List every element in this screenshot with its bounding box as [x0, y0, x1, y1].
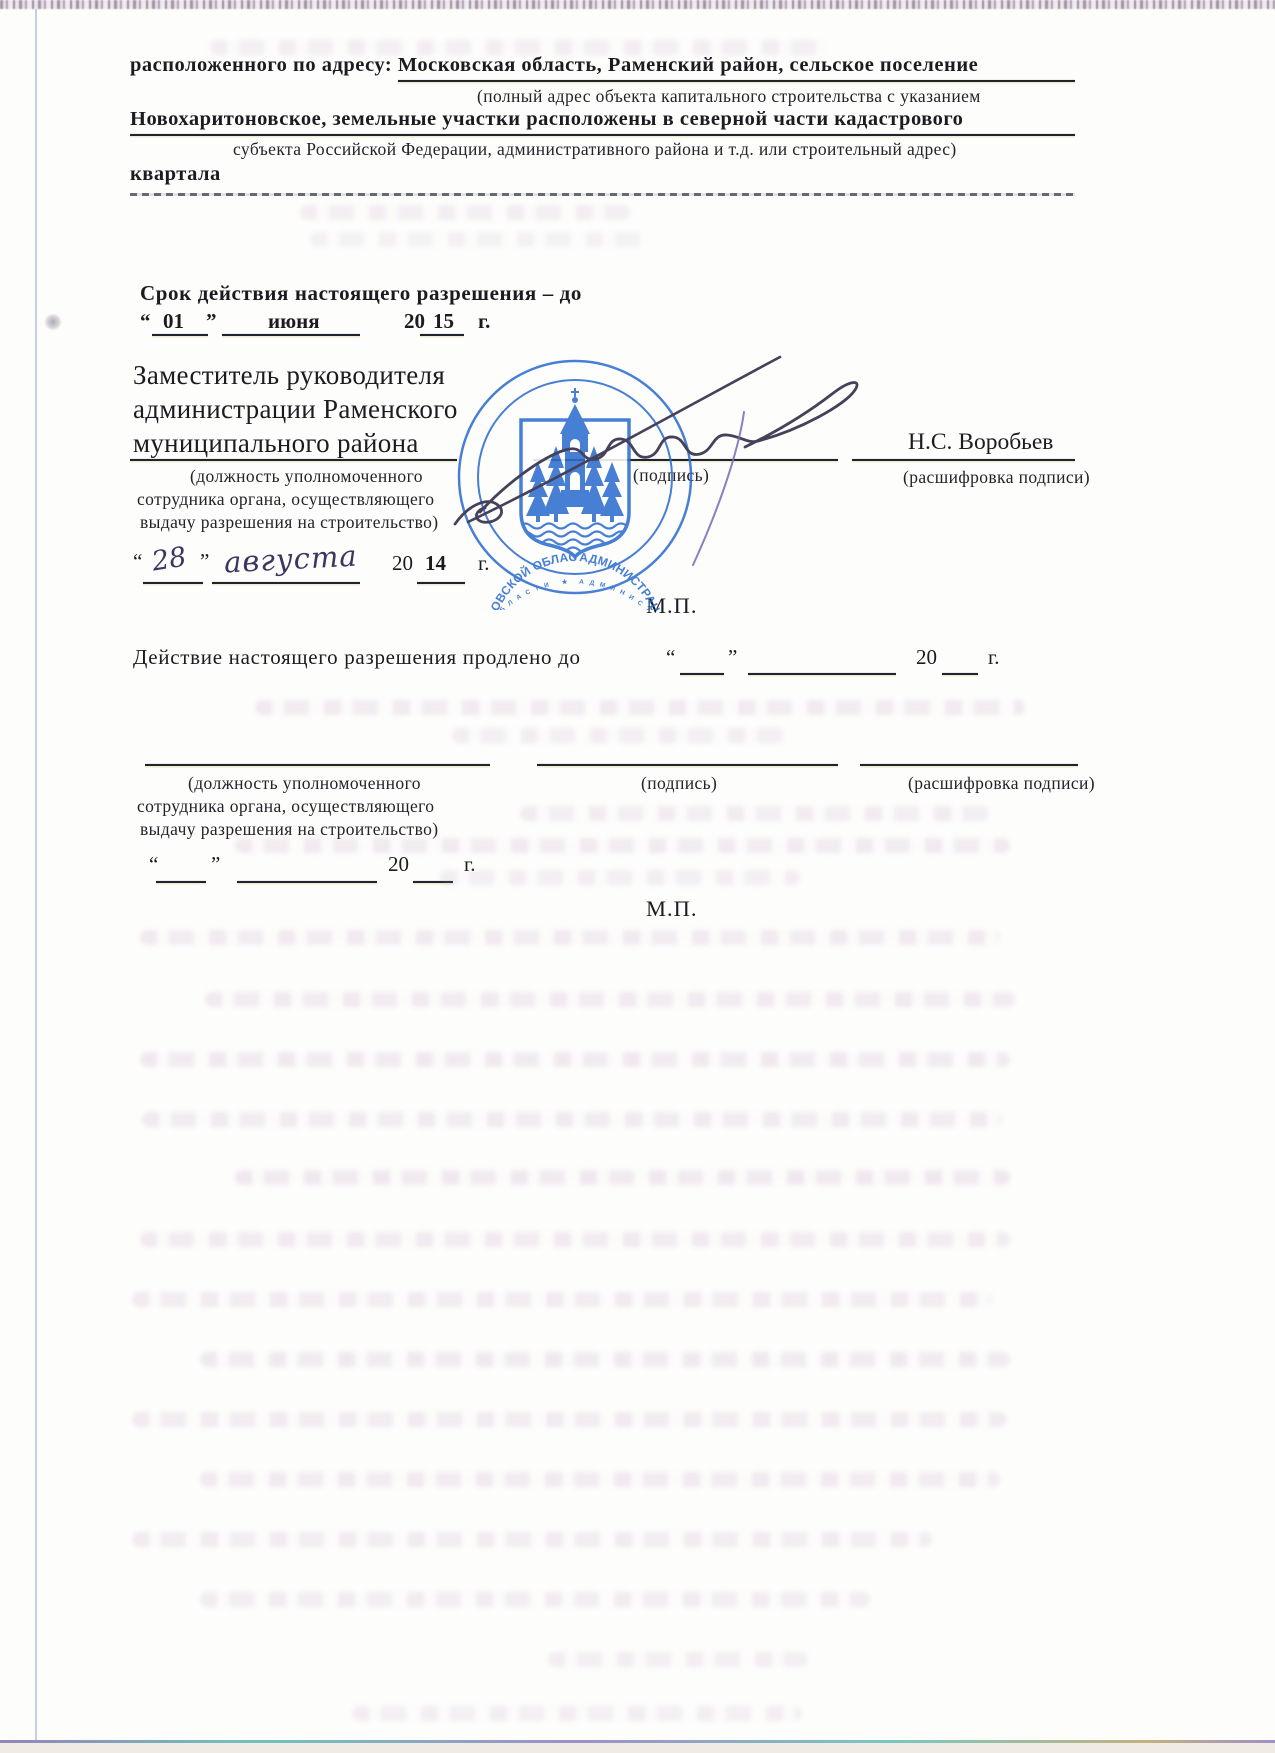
- extension-century: 20: [916, 645, 937, 669]
- issue-day-handwritten: 28: [150, 542, 189, 578]
- bleedthrough-text-ghost: [140, 930, 1000, 945]
- blank-date-day-line: [156, 881, 206, 883]
- validity-open-quote: “: [140, 309, 151, 333]
- bleedthrough-text-ghost: [200, 1472, 1000, 1487]
- extension-year-blank: [942, 673, 978, 675]
- name-line: [852, 459, 1075, 461]
- address-line-1: расположенного по адресу: Московская обл…: [130, 54, 978, 78]
- position-caption-2: сотрудника органа, осуществляющего: [137, 489, 434, 509]
- name-caption-2: (расшифровка подписи): [908, 773, 1095, 793]
- blank-date-open-quote: “: [149, 852, 158, 876]
- scan-artifact-bottom-band: [0, 1743, 1275, 1753]
- issue-month-handwritten: августа: [223, 540, 358, 580]
- extension-label: Действие настоящего разрешения продлено …: [133, 645, 581, 669]
- validity-month: июня: [268, 309, 320, 333]
- bleedthrough-text-ghost: [142, 1112, 1002, 1127]
- issue-year: 14: [425, 551, 446, 575]
- validity-label: Срок действия настоящего разрешения – до: [140, 281, 582, 305]
- address-line-2: Новохаритоновское, земельные участки рас…: [130, 108, 963, 132]
- position-line-2: [145, 764, 490, 766]
- name-caption: (расшифровка подписи): [903, 467, 1090, 487]
- bleedthrough-text-ghost: [440, 870, 800, 885]
- bleedthrough-text-ghost: [200, 1352, 1010, 1367]
- bleedthrough-text-ghost: [255, 700, 1025, 715]
- extension-year-suffix: г.: [988, 645, 1000, 669]
- signature-caption: (подпись): [633, 465, 709, 485]
- bleedthrough-text-ghost: [132, 1292, 992, 1307]
- validity-day-underline: [152, 334, 208, 336]
- validity-month-underline: [222, 334, 360, 336]
- position-caption-2-3: выдачу разрешения на строительство): [140, 819, 439, 839]
- issue-year-underline: [417, 582, 465, 584]
- signature-line: [533, 459, 838, 461]
- position-caption-1: (должность уполномоченного: [190, 466, 423, 486]
- water-waves-icon: [519, 524, 639, 553]
- bleedthrough-text-ghost: [140, 1232, 1010, 1247]
- official-position-line-2: администрации Раменского: [133, 394, 458, 425]
- extension-close-quote: ”: [728, 645, 737, 669]
- coat-of-arms-shield: [519, 388, 639, 557]
- name-line-2: [860, 764, 1078, 766]
- bleedthrough-text-ghost: [352, 1706, 802, 1721]
- bleedthrough-text-ghost: [310, 232, 650, 247]
- issue-year-suffix: г.: [478, 551, 490, 575]
- handwritten-signature: [455, 357, 857, 565]
- bleedthrough-text-ghost: [452, 728, 792, 743]
- address-line-3: квартала: [130, 163, 221, 187]
- validity-year-underline: [420, 334, 464, 336]
- church-tower-icon: [556, 388, 594, 507]
- extension-month-blank: [748, 673, 896, 675]
- address-hint-1: (полный адрес объекта капитального строи…: [477, 86, 981, 106]
- position-line: [130, 459, 457, 461]
- bleedthrough-text-ghost: [520, 806, 990, 821]
- extension-open-quote: “: [666, 645, 675, 669]
- bleedthrough-text-ghost: [235, 838, 1010, 853]
- official-position-line-1: Заместитель руководителя: [133, 360, 445, 391]
- bleedthrough-text-ghost: [140, 1052, 1010, 1067]
- address-underline-2: [130, 134, 1075, 136]
- issue-close-quote: ”: [200, 549, 209, 573]
- blank-date-close-quote: ”: [211, 852, 220, 876]
- scan-smudge: [44, 314, 62, 330]
- scan-artifact-top-edge: [0, 0, 1275, 9]
- issue-open-quote: “: [133, 549, 142, 573]
- scanned-document-page: расположенного по адресу: Московская обл…: [0, 0, 1275, 1753]
- validity-year-suffix: г.: [478, 309, 490, 333]
- validity-century: 20: [404, 309, 425, 333]
- bleedthrough-text-ghost: [132, 1532, 932, 1547]
- address-underline-1: [398, 80, 1075, 82]
- bleedthrough-text-ghost: [132, 1412, 1007, 1427]
- issue-day-underline: [143, 582, 203, 584]
- issue-century: 20: [392, 551, 413, 575]
- validity-close-quote: ”: [206, 309, 217, 333]
- bleedthrough-text-ghost: [235, 1170, 1010, 1185]
- issue-month-underline: [212, 582, 360, 584]
- signature-line-2: [537, 764, 838, 766]
- bleedthrough-text-ghost: [210, 40, 830, 55]
- address-hint-2: субъекта Российской Федерации, администр…: [233, 139, 957, 159]
- validity-day: 01: [163, 309, 184, 333]
- seal-place-mark-2: М.П.: [646, 896, 698, 922]
- seal-place-mark-1: М.П.: [646, 593, 698, 619]
- blank-date-century: 20: [388, 852, 409, 876]
- bleedthrough-text-ghost: [200, 1592, 870, 1607]
- position-caption-3: выдачу разрешения на строительство): [140, 512, 439, 532]
- bleedthrough-text-ghost: [548, 1652, 808, 1667]
- validity-year: 15: [433, 309, 454, 333]
- official-name: Н.С. Воробьев: [908, 429, 1053, 456]
- scan-artifact-left-line: [35, 9, 37, 1740]
- fir-trees-icon: [526, 446, 624, 522]
- signature-caption-2: (подпись): [641, 773, 717, 793]
- extension-day-blank: [680, 673, 724, 675]
- bleedthrough-text-ghost: [205, 992, 1015, 1007]
- official-position-line-3: муниципального района: [133, 428, 419, 459]
- blank-date-month-line: [237, 881, 377, 883]
- address-underline-3: [130, 193, 1075, 196]
- position-caption-2-2: сотрудника органа, осуществляющего: [137, 796, 434, 816]
- position-caption-2-1: (должность уполномоченного: [188, 773, 421, 793]
- bleedthrough-text-ghost: [300, 205, 630, 220]
